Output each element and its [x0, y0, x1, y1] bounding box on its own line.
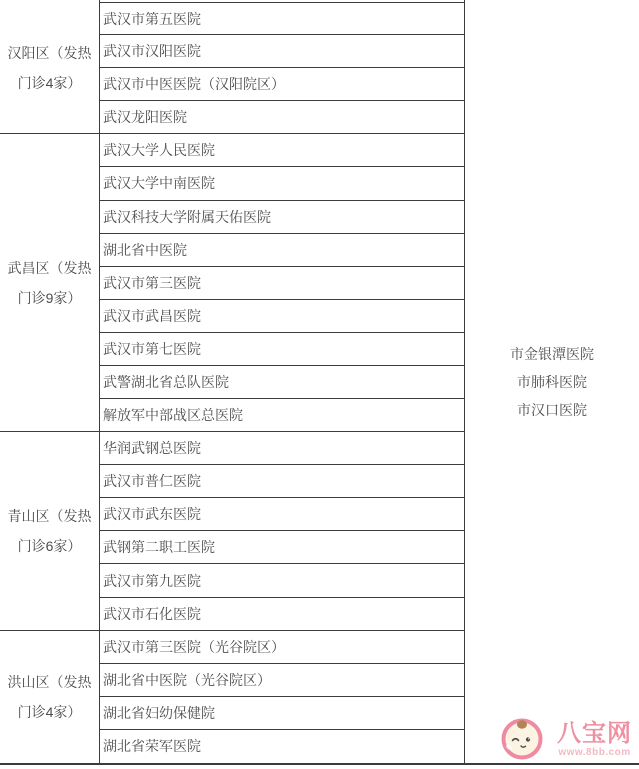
watermark-site-name: 八宝网 [557, 721, 632, 747]
hospital-cell: 解放军中部战区总医院 [100, 399, 465, 432]
hospital-cell: 湖北省荣军医院 [100, 730, 465, 763]
hospital-cell: 武汉市武东医院 [100, 498, 465, 531]
hospital-cell: 武汉市普仁医院 [100, 465, 465, 498]
hospital-cell: 武汉市汉阳医院 [100, 35, 465, 68]
watermark-text: 八宝网 www.8bb.com [557, 721, 632, 758]
hospital-cell: 武汉市武昌医院 [100, 300, 465, 333]
hospital-table: 汉阳区（发热门诊4家） 武昌区（发热门诊9家） 青山区（发热门诊6家） 洪山区（… [0, 2, 639, 765]
city-hospital: 市肺科医院 [517, 368, 587, 396]
baby-logo-icon [501, 718, 543, 760]
city-hospitals-cell: 市金银潭医院 市肺科医院 市汉口医院 [465, 2, 639, 763]
hospital-cell: 武警湖北省总队医院 [100, 366, 465, 399]
hospital-cell: 武汉龙阳医院 [100, 101, 465, 134]
hospital-cell: 湖北省中医院 [100, 234, 465, 267]
district-cell-hanyang: 汉阳区（发热门诊4家） [0, 2, 100, 134]
hospital-cell: 武钢第二职工医院 [100, 531, 465, 564]
hospital-cell: 武汉大学中南医院 [100, 167, 465, 200]
district-cell-hongshan: 洪山区（发热门诊4家） [0, 631, 100, 763]
watermark-site-url: www.8bb.com [558, 747, 630, 758]
hospital-cell: 武汉科技大学附属天佑医院 [100, 201, 465, 234]
hospital-cell: 武汉市第九医院 [100, 564, 465, 597]
hospital-cell: 武汉市石化医院 [100, 598, 465, 631]
page: 汉阳区（发热门诊4家） 武昌区（发热门诊9家） 青山区（发热门诊6家） 洪山区（… [0, 0, 639, 769]
hospital-cell: 湖北省中医院（光谷院区） [100, 664, 465, 697]
city-hospital: 市金银潭医院 [510, 340, 594, 368]
city-hospital: 市汉口医院 [517, 396, 587, 424]
hospital-cell: 武汉市第七医院 [100, 333, 465, 366]
hospital-cell: 华润武钢总医院 [100, 432, 465, 465]
hospital-cell: 武汉市第三医院（光谷院区） [100, 631, 465, 664]
district-cell-qingshan: 青山区（发热门诊6家） [0, 432, 100, 631]
hospital-cell: 武汉大学人民医院 [100, 134, 465, 167]
hospital-cell: 武汉市中医医院（汉阳院区） [100, 68, 465, 101]
hospital-cell: 武汉市第五医院 [100, 2, 465, 35]
hospital-cell: 湖北省妇幼保健院 [100, 697, 465, 730]
district-cell-wuchang: 武昌区（发热门诊9家） [0, 134, 100, 432]
watermark: 八宝网 www.8bb.com [501, 718, 632, 760]
hospital-cell: 武汉市第三医院 [100, 267, 465, 300]
